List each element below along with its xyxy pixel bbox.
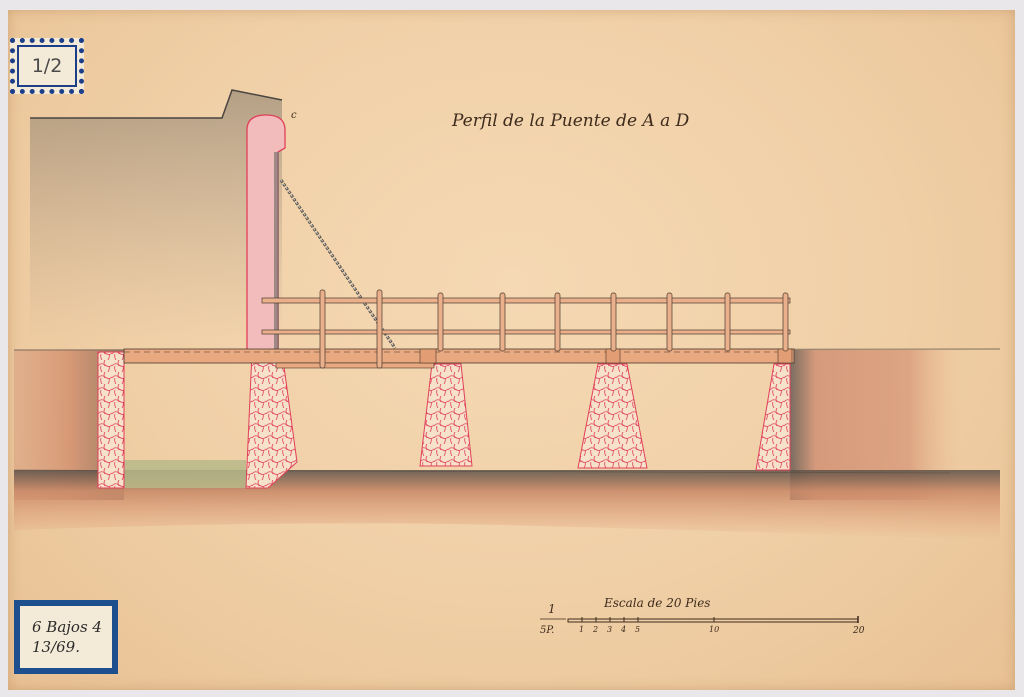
sheet-number: 1/2	[32, 55, 63, 77]
scale-tick: 5	[635, 625, 640, 634]
corner-mark: c	[291, 110, 297, 121]
scale-bar: Escala de 20 Pies 1 5P. 1 2 3 4 5 10 20	[540, 596, 865, 636]
scale-tick: 2	[592, 625, 598, 634]
shelf-mark-line1: 6 Bajos 4	[32, 617, 102, 637]
scale-ratio-denominator: 5P.	[540, 625, 554, 636]
scale-tick: 4	[620, 625, 626, 634]
water-area	[124, 460, 246, 488]
upper-bank	[30, 90, 282, 340]
catalog-label-top: 1/2	[10, 38, 84, 94]
scale-ratio-numerator: 1	[548, 602, 556, 616]
drawing-title: Perfil de la Puente de A a D	[451, 111, 690, 131]
ground-strata	[14, 349, 1000, 540]
bridge-drawing: Perfil de la Puente de A a D c Escala de…	[0, 0, 1024, 697]
scale-tick: 20	[852, 626, 865, 636]
scale-title: Escala de 20 Pies	[603, 596, 710, 610]
scale-tick: 10	[709, 625, 719, 634]
scale-tick: 1	[579, 625, 584, 634]
scale-tick: 3	[607, 625, 612, 634]
catalog-label-bottom: 6 Bajos 4 13/69.	[14, 600, 118, 674]
shelf-mark-line2: 13/69.	[32, 637, 80, 657]
